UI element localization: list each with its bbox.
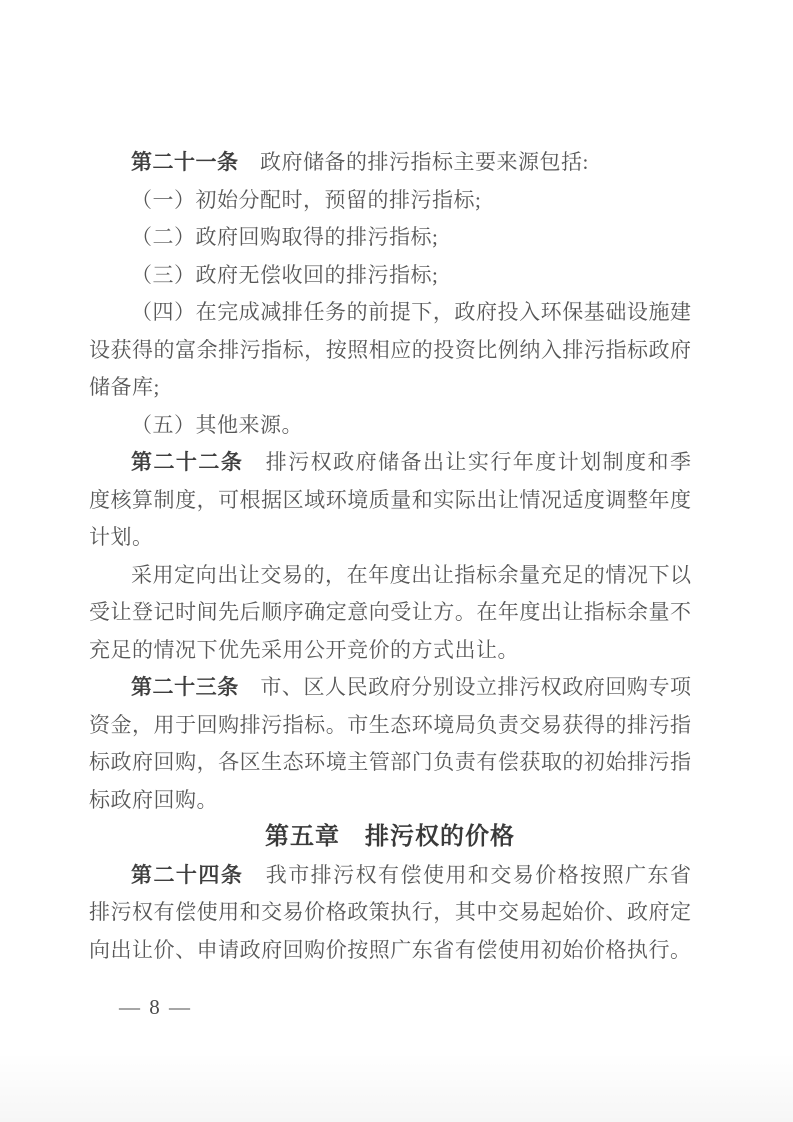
line-text: （一）初始分配时，预留的排污指标; (131, 188, 481, 212)
article-21-line: 第二十一条 政府储备的排污指标主要来源包括: (89, 144, 691, 182)
line-text: 标政府回购。 (89, 788, 218, 812)
article-number: 第二十三条 (131, 675, 239, 699)
line-text: （五）其他来源。 (131, 413, 303, 437)
article-23-line: 第二十三条 市、区人民政府分别设立排污权政府回购专项 (89, 669, 691, 707)
line-text: 向出让价、申请政府回购价按照广东省有偿使用初始价格执行。 (89, 938, 691, 962)
line-text: 采用定向出让交易的，在年度出让指标余量充足的情况下以 (131, 563, 691, 587)
line-text: 排污权有偿使用和交易价格政策执行，其中交易起始价、政府定 (89, 900, 691, 924)
article-24-continuation: 排污权有偿使用和交易价格政策执行，其中交易起始价、政府定 (89, 894, 691, 932)
article-24-end: 向出让价、申请政府回购价按照广东省有偿使用初始价格执行。 (89, 932, 691, 970)
article-number: 第二十一条 (131, 150, 239, 174)
article-22-continuation: 度核算制度，可根据区域环境质量和实际出让情况适度调整年度 (89, 482, 691, 520)
line-text: 排污权政府储备出让实行年度计划制度和季 (243, 450, 691, 474)
line-text: 市、区人民政府分别设立排污权政府回购专项 (239, 675, 691, 699)
line-text: 政府储备的排污指标主要来源包括: (239, 150, 589, 174)
line-text: 计划。 (89, 525, 154, 549)
item-4-continuation: 设获得的富余排污指标，按照相应的投资比例纳入排污指标政府 (89, 332, 691, 370)
paragraph-line: 采用定向出让交易的，在年度出让指标余量充足的情况下以 (89, 557, 691, 595)
line-text: 资金，用于回购排污指标。市生态环境局负责交易获得的排污指 (89, 713, 691, 737)
document-page: 第二十一条 政府储备的排污指标主要来源包括: （一）初始分配时，预留的排污指标;… (0, 0, 793, 1122)
line-text: 我市排污权有偿使用和交易价格按照广东省 (243, 863, 691, 887)
item-4-line: （四）在完成减排任务的前提下，政府投入环保基础设施建 (89, 294, 691, 332)
article-number: 第二十二条 (131, 450, 243, 474)
line-text: （二）政府回购取得的排污指标; (131, 225, 438, 249)
chapter-title: 第五章 排污权的价格 (265, 824, 515, 850)
article-23-continuation: 资金，用于回购排污指标。市生态环境局负责交易获得的排污指 (89, 707, 691, 745)
item-4-end: 储备库; (89, 369, 691, 407)
article-22-end: 计划。 (89, 519, 691, 557)
article-24-line: 第二十四条 我市排污权有偿使用和交易价格按照广东省 (89, 857, 691, 895)
line-text: （四）在完成减排任务的前提下，政府投入环保基础设施建 (131, 300, 691, 324)
text-column: 第二十一条 政府储备的排污指标主要来源包括: （一）初始分配时，预留的排污指标;… (89, 144, 691, 969)
line-text: 充足的情况下优先采用公开竞价的方式出让。 (89, 638, 519, 662)
paragraph-continuation: 受让登记时间先后顺序确定意向受让方。在年度出让指标余量不 (89, 594, 691, 632)
article-number: 第二十四条 (131, 863, 243, 887)
line-text: 度核算制度，可根据区域环境质量和实际出让情况适度调整年度 (89, 488, 691, 512)
item-1-line: （一）初始分配时，预留的排污指标; (89, 182, 691, 220)
item-2-line: （二）政府回购取得的排污指标; (89, 219, 691, 257)
page-number: — 8 — (119, 995, 192, 1020)
line-text: 受让登记时间先后顺序确定意向受让方。在年度出让指标余量不 (89, 600, 691, 624)
line-text: （三）政府无偿收回的排污指标; (131, 263, 438, 287)
line-text: 储备库; (89, 375, 160, 399)
paragraph-end: 充足的情况下优先采用公开竞价的方式出让。 (89, 632, 691, 670)
article-22-line: 第二十二条 排污权政府储备出让实行年度计划制度和季 (89, 444, 691, 482)
scan-shadow (0, 1052, 793, 1122)
article-23-end: 标政府回购。 (89, 782, 691, 820)
item-5-line: （五）其他来源。 (89, 407, 691, 445)
article-23-continuation: 标政府回购，各区生态环境主管部门负责有偿获取的初始排污指 (89, 744, 691, 782)
line-text: 设获得的富余排污指标，按照相应的投资比例纳入排污指标政府 (89, 338, 691, 362)
item-3-line: （三）政府无偿收回的排污指标; (89, 257, 691, 295)
chapter-heading: 第五章 排污权的价格 (89, 819, 691, 857)
line-text: 标政府回购，各区生态环境主管部门负责有偿获取的初始排污指 (89, 750, 691, 774)
